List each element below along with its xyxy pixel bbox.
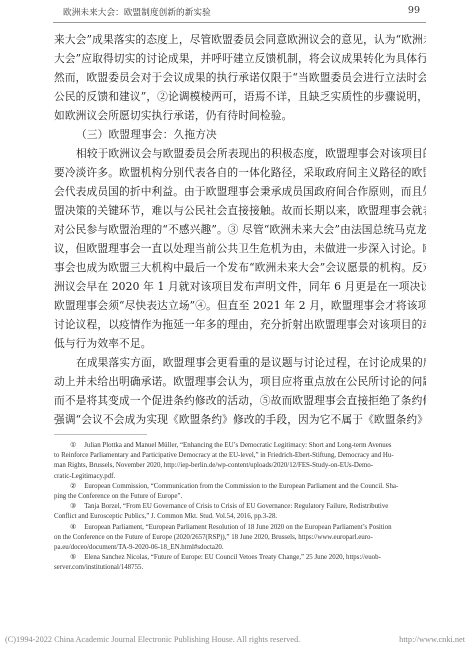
footnote-4: ④European Parliament, “European Parliame…	[54, 523, 426, 554]
running-title: 欧洲未来大会：欧盟制度创新的新实验	[63, 6, 211, 18]
footnote-2: ②European Commission, “Communication fro…	[54, 482, 426, 502]
text-line: 如欧洲议会所愿切实执行承诺，仍有待时间检验。	[54, 106, 426, 125]
footnote-text: on the Conference on the Future of Europ…	[54, 533, 426, 543]
page-number: 99	[408, 5, 420, 16]
text-line: 而不是将其变成一个促进条约修改的活动，⑤故而欧盟理事会直接拒绝了条约修改，	[54, 391, 426, 410]
footnote-text: cratic-Legitimacy.pdf.	[54, 472, 426, 482]
text-line: 洲议会早在 2020 年 1 月就对该项目发布声明文件，同年 6 月更是在一项决…	[54, 277, 426, 296]
footnote-number: ④	[70, 524, 76, 531]
text-line: 欧盟理事会须“尽快表达立场”④。但直至 2021 年 2 月，欧盟理事会才将该项…	[54, 296, 426, 315]
footnote-5: ⑤Elena Sanchez Nicolas, “Future of Europ…	[54, 553, 426, 573]
text-line: 盟决策的关键环节，难以与公民社会直接接触。故而长期以来，欧盟理事会就表现出	[54, 201, 426, 220]
footnote-text: European Commission, “Communication from…	[84, 483, 398, 490]
footnote-separator	[54, 434, 147, 435]
footnote-1: ①Julian Plottka and Manuel Müller, “Enha…	[54, 441, 426, 482]
footnote-text: pa.eu/doceo/document/TA-9-2020-06-18_EN.…	[54, 543, 426, 553]
text-line: 对公民参与欧盟治理的“不感兴趣”。③ 尽管“欧洲未来大会”由法国总统马克龙提	[54, 220, 426, 239]
footnote-text: Julian Plottka and Manuel Müller, “Enhan…	[84, 442, 391, 449]
text-line: 讨论议程，以疫情作为拖延一年多的理由，充分折射出欧盟理事会对该项目的动机过	[54, 315, 426, 334]
text-line: 然而，欧盟委员会对于会议成果的执行承诺仅限于“当欧盟委员会进行立法时会考虑	[54, 68, 426, 87]
text-line: 议，但欧盟理事会一直以处理当前公共卫生危机为由，未做进一步深入讨论。欧盟理	[54, 239, 426, 258]
text-line: 事会也成为欧盟三大机构中最后一个发布“欧洲未来大会”会议愿景的机构。反观欧	[54, 258, 426, 277]
text-line: 动上并未给出明确承诺。欧盟理事会认为，项目应将重点放在公民所讨论的问题上，	[54, 372, 426, 391]
text-line: 要冷淡许多。欧盟机构分别代表各自的一体化路径，采取政府间主义路径的欧盟理事	[54, 163, 426, 182]
footnote-text: European Parliament, “European Parliamen…	[84, 524, 391, 531]
footnote-number: ⑤	[70, 554, 76, 561]
text-line: 来大会”成果落实的态度上，尽管欧盟委员会同意欧洲议会的意见，认为“欧洲未来	[54, 30, 426, 49]
publisher-url[interactable]: http://www.cnki.net	[399, 635, 465, 644]
text-line: 会代表成员国的折中利益。由于欧盟理事会秉承成员国政府间合作原则，而且处于欧	[54, 182, 426, 201]
footnote-text: Tanja Borzel, “From EU Governance of Cri…	[84, 503, 388, 510]
text-line: 公民的反馈和建议”，②论调模棱两可，语焉不详，且缺乏实质性的步骤说明，未来能否	[54, 87, 426, 106]
body-text: 来大会”成果落实的态度上，尽管欧盟委员会同意欧洲议会的意见，认为“欧洲未来 大会…	[54, 30, 426, 429]
footnote-3: ③Tanja Borzel, “From EU Governance of Cr…	[54, 502, 426, 522]
text-line: 强调“会议不会成为实现《欧盟条约》修改的手段，因为它不属于《欧盟条约》第 48 …	[54, 410, 426, 429]
footnote-text: man Rights, Brussels, November 2020, htt…	[54, 461, 426, 471]
footnote-text: ping the Conference on the Future of Eur…	[54, 492, 426, 502]
footnotes: ①Julian Plottka and Manuel Müller, “Enha…	[54, 441, 426, 573]
copyright-footer: (C)1994-2022 China Academic Journal Elec…	[5, 635, 465, 644]
text-line: 相较于欧洲议会与欧盟委员会所表现出的积极态度，欧盟理事会对该项目的态度	[54, 144, 426, 163]
footnote-text: to Reinforce Parliamentary and Participa…	[54, 451, 426, 461]
footnote-text: server.com/institutional/148755.	[54, 563, 426, 573]
footnote-text: Elena Sanchez Nicolas, “Future of Europe…	[84, 554, 381, 561]
text-line: 大会”应取得切实的讨论成果，并呼吁建立反馈机制，将会议成果转化为具体行动。①	[54, 49, 426, 68]
text-line: 在成果落实方面，欧盟理事会更看重的是议题与讨论过程，在讨论成果的后续行	[54, 353, 426, 372]
page-header: 欧洲未来大会：欧盟制度创新的新实验 99	[53, 0, 426, 23]
footnote-number: ②	[70, 483, 76, 490]
text-line: 低与行为效率不足。	[54, 334, 426, 353]
section-heading: （三）欧盟理事会：久拖方决	[54, 125, 426, 144]
copyright-text: (C)1994-2022 China Academic Journal Elec…	[5, 635, 300, 644]
footnote-text: Conflict and Eurosceptic Publics,” J. Co…	[54, 512, 426, 522]
footnote-number: ①	[70, 442, 76, 449]
footnote-number: ③	[70, 503, 76, 510]
